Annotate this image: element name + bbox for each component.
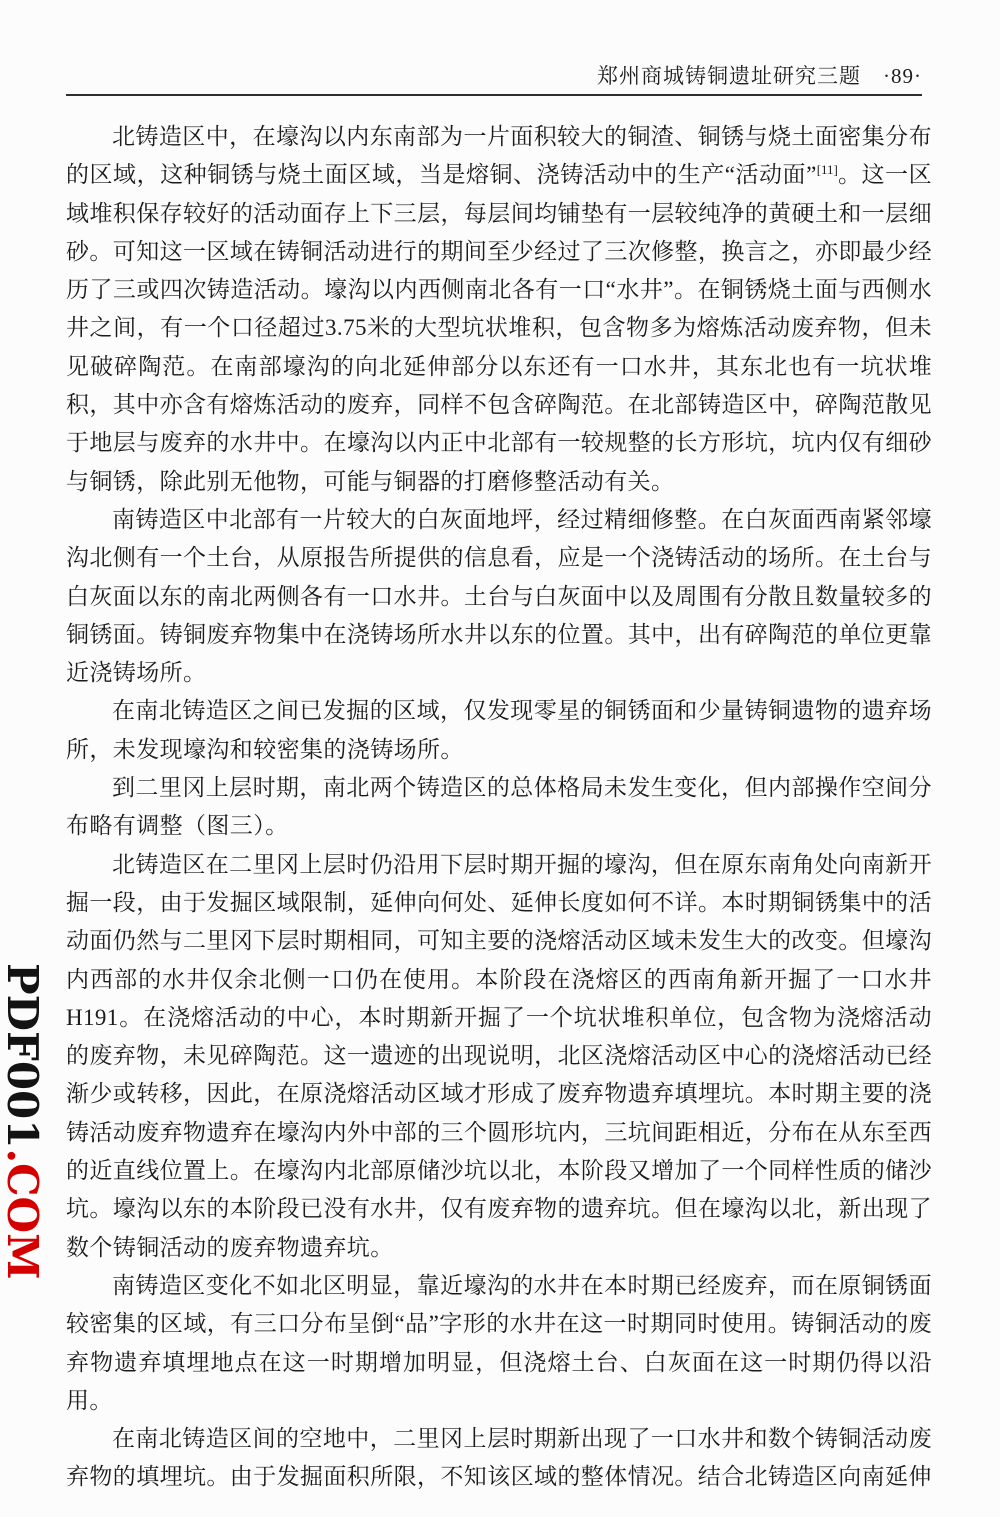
running-header: 郑州商城铸铜遗址研究三题 ·89· — [66, 60, 922, 90]
running-header-title: 郑州商城铸铜遗址研究三题 — [597, 60, 861, 90]
paragraph-5: 北铸造区在二里冈上层时仍沿用下层时期开掘的壕沟，但在原东南角处向南新开掘一段，由… — [66, 846, 932, 1267]
paragraph-1-text-continued: 。这一区域堆积保存较好的活动面存上下三层，每层间均铺垫有一层较纯净的黄硬土和一层… — [66, 162, 932, 493]
paragraph-2: 南铸造区中北部有一片较大的白灰面地坪，经过精细修整。在白灰面西南紧邻壕沟北侧有一… — [66, 501, 932, 692]
watermark-black-part: PDF001 — [0, 963, 47, 1149]
page-number: ·89· — [883, 64, 922, 89]
paragraph-6: 南铸造区变化不如北区明显，靠近壕沟的水井在本时期已经废弃，而在原铜锈面较密集的区… — [66, 1267, 932, 1420]
header-rule — [66, 94, 922, 96]
pdf001-watermark: PDF001.COM — [4, 963, 40, 1280]
article-body: 北铸造区中，在壕沟以内东南部为一片面积较大的铜渣、铜锈与烧土面密集分布的区域，这… — [66, 118, 932, 1497]
paragraph-1: 北铸造区中，在壕沟以内东南部为一片面积较大的铜渣、铜锈与烧土面密集分布的区域，这… — [66, 118, 932, 501]
paragraph-3: 在南北铸造区之间已发掘的区域，仅发现零星的铜锈面和少量铸铜遗物的遗弃场所，未发现… — [66, 692, 932, 769]
paragraph-7: 在南北铸造区间的空地中，二里冈上层时期新出现了一口水井和数个铸铜活动废弃物的填埋… — [66, 1420, 932, 1497]
footnote-reference-11: [11] — [817, 162, 838, 177]
paragraph-4: 到二里冈上层时期，南北两个铸造区的总体格局未发生变化，但内部操作空间分布略有调整… — [66, 769, 932, 846]
watermark-red-part: .COM — [0, 1149, 47, 1280]
paragraph-1-text: 北铸造区中，在壕沟以内东南部为一片面积较大的铜渣、铜锈与烧土面密集分布的区域，这… — [66, 124, 932, 187]
